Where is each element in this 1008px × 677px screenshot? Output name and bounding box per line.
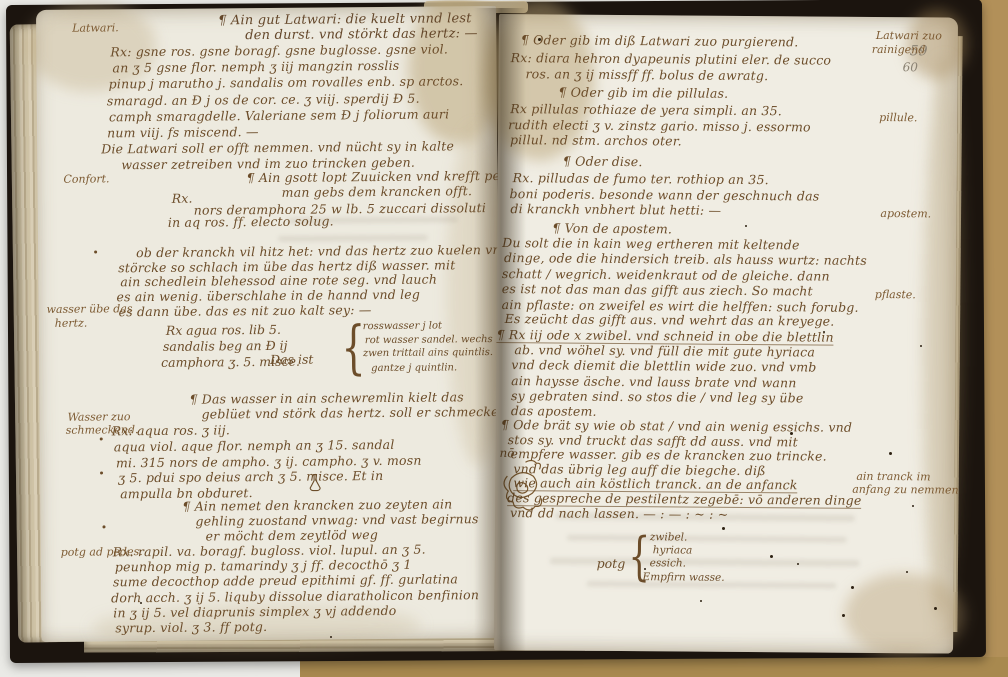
manuscript-line: ¶ Oder gib im die pillulas. <box>558 85 728 99</box>
manuscript-line: sy gebraten sind. so stos die / vnd leg … <box>511 389 804 404</box>
bracket-label: Das ist <box>270 352 313 367</box>
manuscript-line: das apostem. <box>511 404 597 418</box>
manuscript-line: Rx agua ros. lib 5. <box>166 322 281 338</box>
manuscript-line: Die Latwari soll er offt nemmen. vnd nüc… <box>101 140 454 156</box>
manuscript-line: ¶ Ode brät sy wie ob stat / vnd ain weni… <box>501 418 852 434</box>
manuscript-line: gehling zuostand vnwag: vnd vast begirnu… <box>195 512 478 527</box>
manuscript-line: smaragd. an Ɖ j os de cor. ce. ʒ viij. s… <box>107 91 420 107</box>
margin-note: Confort. <box>63 172 109 185</box>
manuscript-line: Rx. pilludas de fumo ter. rothiop an 35. <box>513 171 769 186</box>
manuscript-line: pillul. nd stm. archos oter. <box>510 133 682 147</box>
manuscript-line: es dann übe. das es nit zuo kalt sey: — <box>119 303 372 318</box>
manuscript-line: er möcht dem zeytlöd weg <box>206 528 379 543</box>
manuscript-line: syrup. viol. ʒ 3. ff potg. <box>115 620 267 634</box>
margin-note: ain tranck im <box>856 470 930 484</box>
ink-dot <box>94 250 97 253</box>
manuscript-line: pinup j marutho j. sandalis om rovalles … <box>109 75 464 91</box>
manuscript-line: di kranckh vnbhert blut hetti: — <box>510 202 721 217</box>
bracket-item: hyriaca <box>653 544 693 556</box>
bracket-item: rosswasser j lot <box>363 320 442 332</box>
manuscript-line: ab. vnd wöhel sy. vnd füll die mit gute … <box>514 343 815 358</box>
manuscript-line: camph smaragdelle. Valeriane sem Ɖ j fol… <box>109 107 449 123</box>
manuscript-line: dorh acch. ʒ ij 5. liquby dissolue diara… <box>111 588 479 604</box>
bracket-item: rot wasser sandel. wechs <box>365 334 493 346</box>
left-page: Rx agua ros. lib 5. sandalis beg an Ɖ ij… <box>36 6 501 642</box>
manuscript-line: ¶ Ain nemet den krancken zuo zeyten ain <box>182 497 452 512</box>
manuscript-line: ¶ Das wasser in ain schewremlin kielt da… <box>189 390 464 405</box>
manuscript-line: den durst. vnd störkt das hertz: — <box>245 27 478 42</box>
manuscript-line: in ʒ ij 5. vel diaprunis simplex ʒ vj ad… <box>113 604 396 619</box>
margin-note: potg ad pedes. <box>61 545 143 559</box>
manuscript-line: ain haysse äsche. vnd lauss brate vnd wa… <box>511 374 797 389</box>
bracket-item: essich. <box>650 557 686 569</box>
margin-note: schmeckend. <box>66 423 139 437</box>
bracket-item: zwen trittail ains quintlis. <box>363 347 493 359</box>
margin-note: Latwari. <box>72 21 119 34</box>
manuscript-line: vnd dd nach lassen. — : — : ~ : ~ <box>510 506 728 521</box>
manuscript-line: sume decocthop adde preud epithimi gf. f… <box>113 573 458 589</box>
manuscript-line: ros. an ʒ ij missff ff. bolus de awratg. <box>525 67 768 82</box>
manuscript-line: Rx. rapil. va. boragf. bugloss. viol. lu… <box>113 543 426 559</box>
ink-dot <box>100 437 103 440</box>
manuscript-line: ¶ Oder dise. <box>563 155 643 169</box>
margin-note: Latwari zuo <box>876 29 942 43</box>
manuscript-line: Du solt die in kain weg ertheren mit kel… <box>502 236 800 251</box>
margin-note: apostem. <box>880 207 931 220</box>
manuscript-line: ¶ Ain gsott lopt Zuuicken vnd krefft per… <box>246 169 518 184</box>
margin-note: hertz. <box>55 317 88 330</box>
manuscript-line: peunhop mig p. tamarindy ʒ j ff. decocth… <box>115 558 412 574</box>
manuscript-line: aqua viol. aque flor. nemph an ʒ 15. san… <box>114 438 395 453</box>
manuscript-line: man gebs dem krancken offt. <box>282 184 473 199</box>
manuscript-line: ¶ Oder gib im diß Latwari zuo purgierend… <box>521 33 799 48</box>
manuscript-line: vnd deck diemit die blettlin wide zuo. v… <box>511 358 816 373</box>
manuscript-photo: Rx agua ros. lib 5. sandalis beg an Ɖ ij… <box>0 0 1008 677</box>
bracket-item: gantze j quintlin. <box>371 362 457 374</box>
manuscript-line: empfere wasser. gib es de krancken zuo t… <box>510 447 826 462</box>
manuscript-line: ʒ 5. pdui spo deius arch ʒ 5. misce. Et … <box>118 469 383 484</box>
right-page: 59 60 nō potg { zwibel. hyriaca essich. … <box>494 14 958 654</box>
manuscript-line: mi. 315 nors de ampho. ʒ ij. campho. ʒ v… <box>116 453 422 469</box>
margin-note: anfang zu nemmen <box>852 483 958 497</box>
margin-note: wasser übe das <box>47 302 133 316</box>
manuscript-line: schatt / wegrich. weidenkraut od de glei… <box>502 267 830 283</box>
manuscript-line: sandalis beg an Ɖ ij <box>163 338 288 354</box>
manuscript-line: num viij. fs miscend. — <box>107 125 259 139</box>
manuscript-line: boni poderis. besonde wann der geschnuch… <box>510 187 820 202</box>
folio-number: 60 <box>903 60 918 74</box>
manuscript-line: Es zeücht das gifft aus. vnd wehrt das a… <box>505 312 835 328</box>
manuscript-line: dinge, ode die hindersich treib. als hau… <box>504 251 867 267</box>
manuscript-line: Rx: gsne ros. gsne boragf. gsne buglosse… <box>110 42 448 58</box>
margin-note: pflaste. <box>875 288 916 301</box>
bracket-item: zwibel. <box>650 531 688 543</box>
margin-note: rainigend <box>872 43 926 56</box>
bracket-label: potg <box>597 556 626 571</box>
manuscript-line: es ist not das man das gifft aus ziech. … <box>502 282 813 297</box>
manuscript-line: geblüet vnd störk das hertz. soll er sch… <box>201 404 511 420</box>
bracket-item: Empfirn wasse. <box>643 571 725 584</box>
ink-dot <box>100 471 103 474</box>
manuscript-line: Rx pillulas rothiaze de yera simpli. an … <box>510 102 782 117</box>
ink-showthrough <box>567 535 847 543</box>
manuscript-line: Rx: diara hehron dyapeunis plutini eler.… <box>511 51 832 67</box>
margin-note: Wasser zuo <box>67 410 130 424</box>
page-stain <box>844 573 965 658</box>
manuscript-line: ¶ Von de apostem. <box>552 221 672 235</box>
manuscript-line: es ain wenig. überschlahe in de hannd vn… <box>116 288 420 304</box>
manuscript-line: rudith electi ʒ v. zinstz gario. misso j… <box>508 118 811 133</box>
manuscript-line: an ʒ 5 gsne flor. nemph ʒ iij mangzin ro… <box>112 59 399 75</box>
ink-showthrough <box>278 235 428 242</box>
manuscript-line: ¶ Ain gut Latwari: die kuelt vnnd lest <box>218 12 472 27</box>
manuscript-line: in aq ros. ff. electo solug. <box>168 214 334 228</box>
ink-dot <box>103 525 106 528</box>
manuscript-line: Rx. <box>172 192 193 205</box>
margin-note: pillule. <box>879 111 917 124</box>
manuscript-line: vnd das übrig leg auff die biegche. diß <box>513 462 765 477</box>
